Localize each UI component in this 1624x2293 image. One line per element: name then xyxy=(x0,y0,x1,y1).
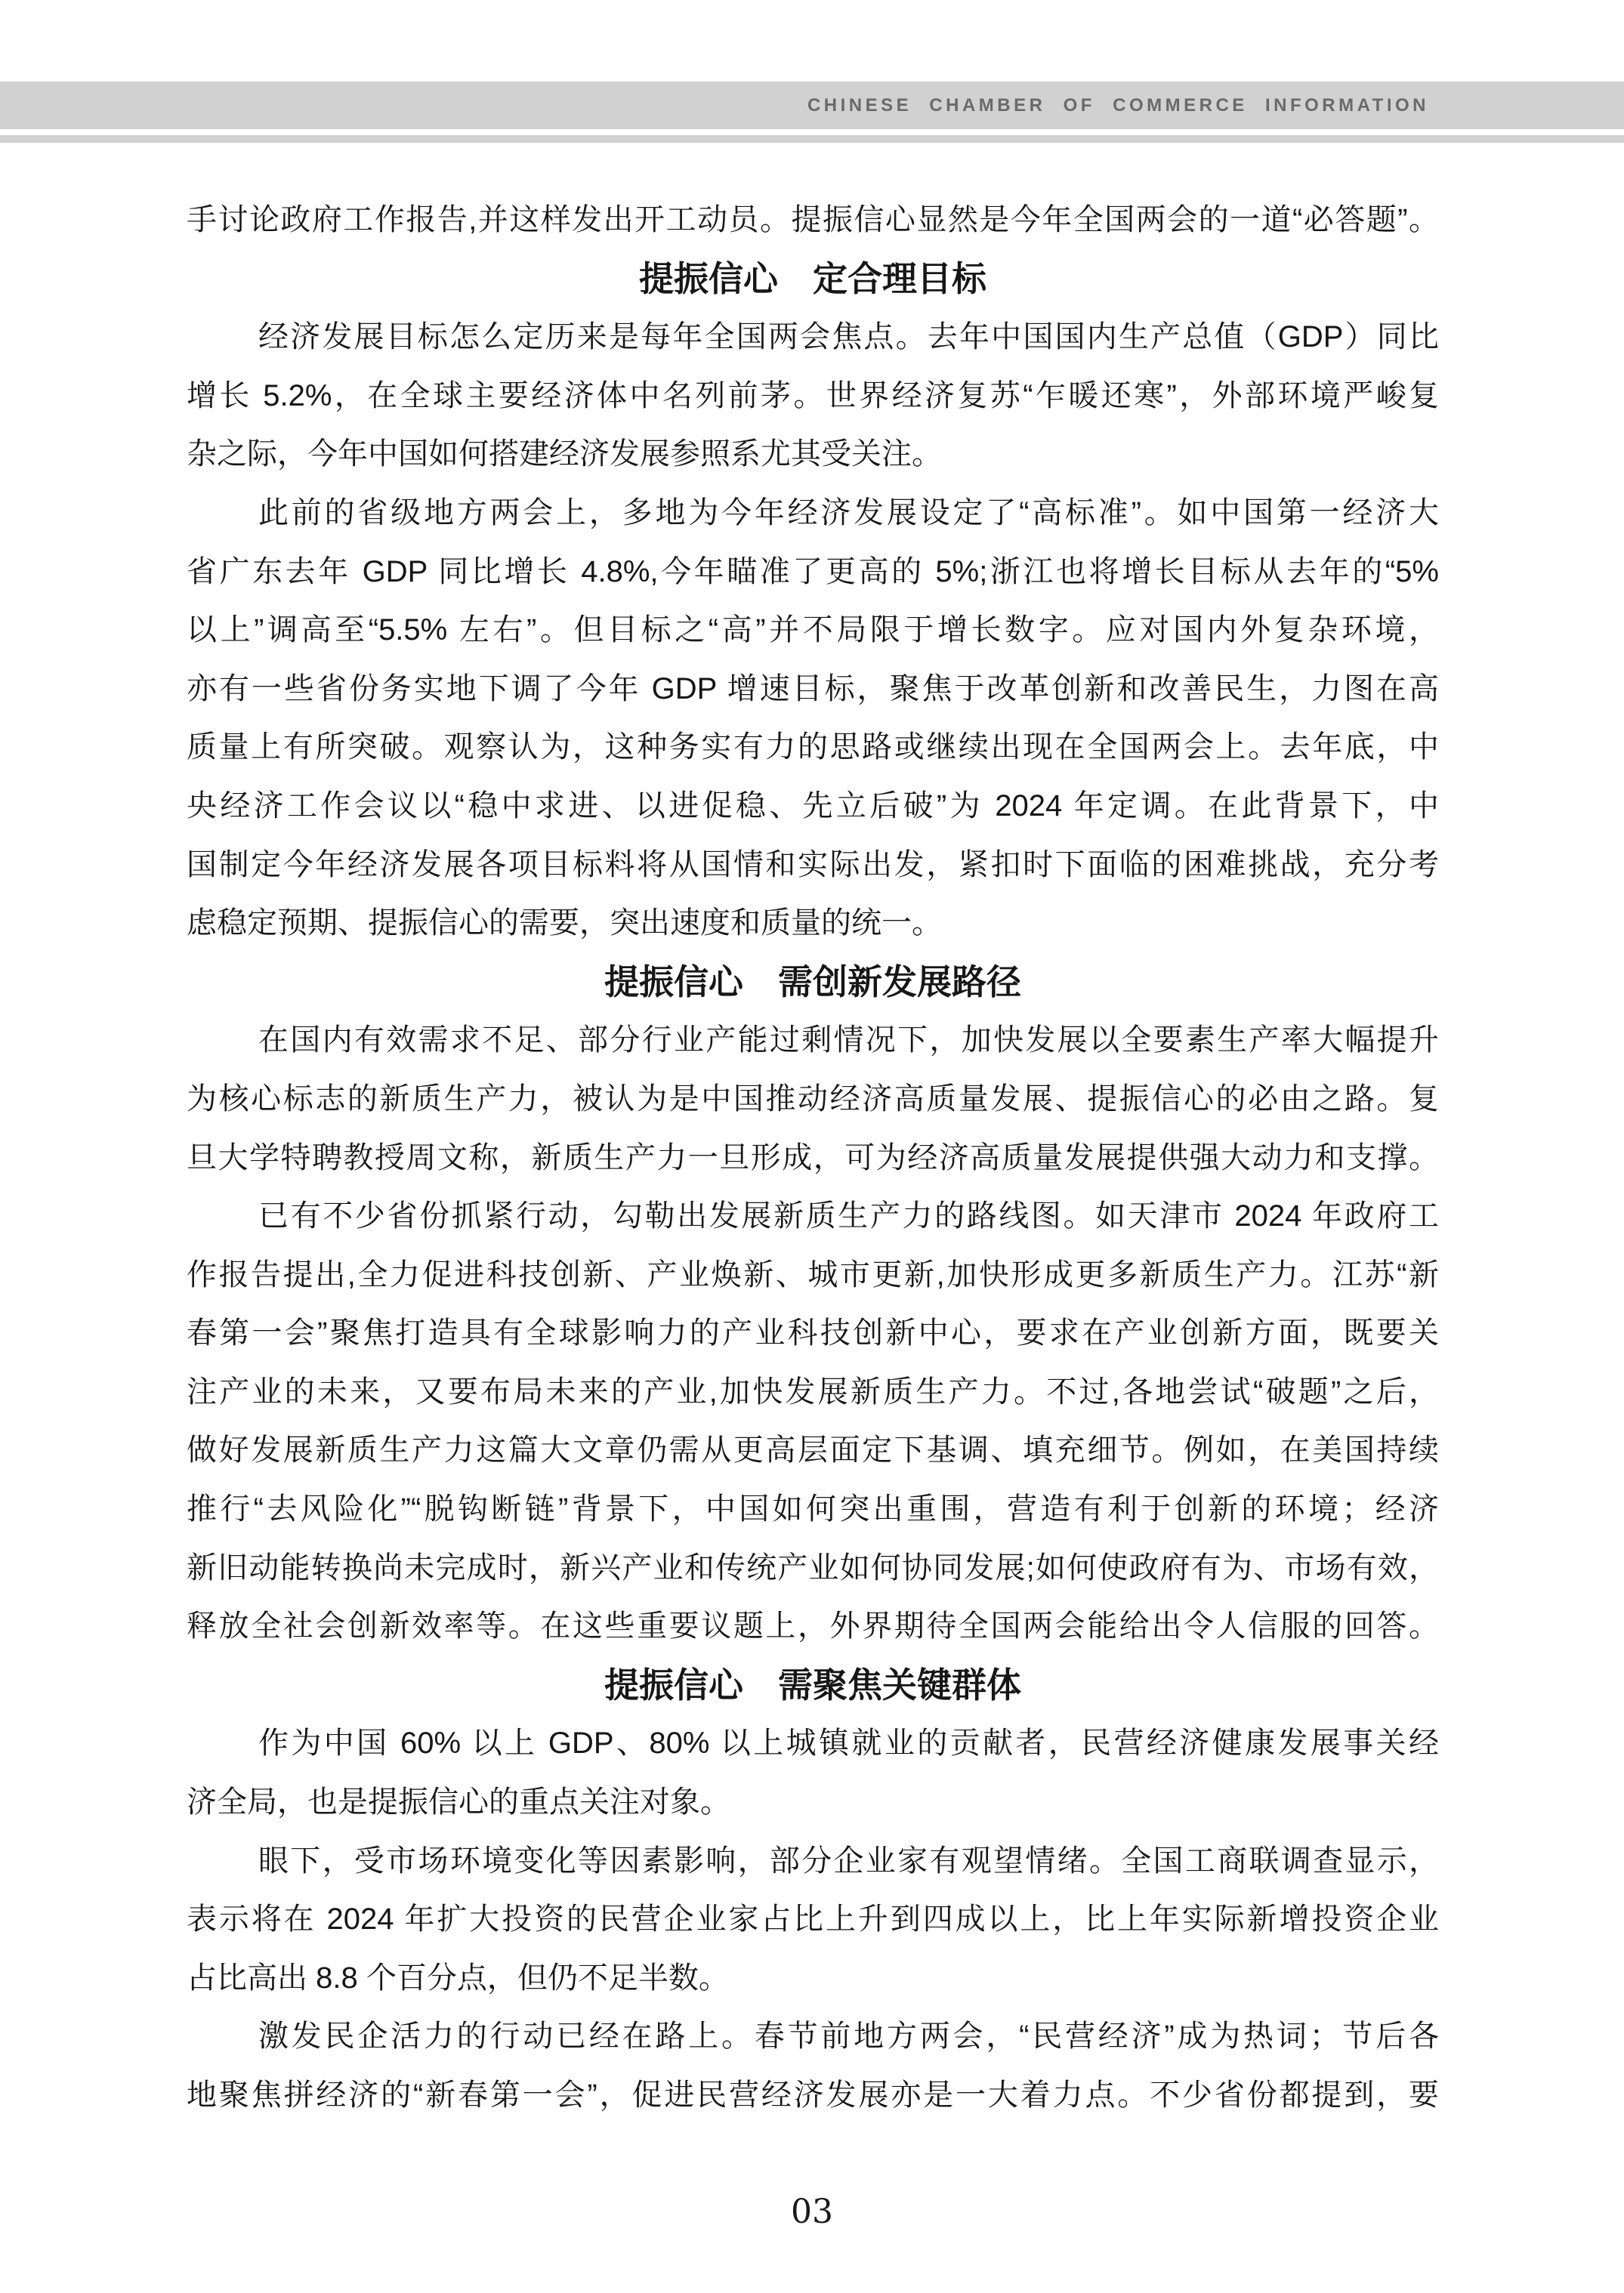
text-line: 亦有一些省份务实地下调了今年 GDP 增速目标，聚焦于改革创新和改善民生，力图在… xyxy=(187,660,1439,719)
page-number: 03 xyxy=(0,2193,1624,2231)
text-line: 杂之际，今年中国如何搭建经济发展参照系尤其受关注。 xyxy=(187,425,1439,484)
text-line: 以上”调高至“5.5% 左右”。但目标之“高”并不局限于增长数字。应对国内外复杂… xyxy=(187,601,1439,660)
article-body: 手讨论政府工作报告,并这样发出开工动员。提振信心显然是今年全国两会的一道“必答题… xyxy=(187,191,1439,2125)
text-line: 推行“去风险化”“脱钩断链”背景下，中国如何突出重围，营造有利于创新的环境；经济 xyxy=(187,1480,1439,1539)
text-line: 作报告提出,全力促进科技创新、产业焕新、城市更新,加快形成更多新质生产力。江苏“… xyxy=(187,1246,1439,1305)
text-line: 作为中国 60% 以上 GDP、80% 以上城镇就业的贡献者，民营经济健康发展事… xyxy=(187,1714,1439,1773)
text-line: 经济发展目标怎么定历来是每年全国两会焦点。去年中国国内生产总值（GDP）同比 xyxy=(187,308,1439,367)
text-line: 增长 5.2%，在全球主要经济体中名列前茅。世界经济复苏“乍暖还寒”，外部环境严… xyxy=(187,367,1439,426)
text-line: 济全局，也是提振信心的重点关注对象。 xyxy=(187,1773,1439,1832)
text-line: 在国内有效需求不足、部分行业产能过剩情况下，加快发展以全要素生产率大幅提升 xyxy=(187,1011,1439,1070)
text-line: 释放全社会创新效率等。在这些重要议题上，外界期待全国两会能给出令人信服的回答。 xyxy=(187,1597,1439,1656)
text-line: 表示将在 2024 年扩大投资的民营企业家占比上升到四成以上，比上年实际新增投资… xyxy=(187,1890,1439,1949)
text-line: 央经济工作会议以“稳中求进、以进促稳、先立后破”为 2024 年定调。在此背景下… xyxy=(187,777,1439,836)
text-line: 地聚焦拼经济的“新春第一会”，促进民营经济发展亦是一大着力点。不少省份都提到，要 xyxy=(187,2066,1439,2125)
text-line: 占比高出 8.8 个百分点，但仍不足半数。 xyxy=(187,1949,1439,2008)
section-heading: 提振信心 需聚焦关键群体 xyxy=(187,1656,1439,1715)
text-line: 手讨论政府工作报告,并这样发出开工动员。提振信心显然是今年全国两会的一道“必答题… xyxy=(187,191,1439,250)
text-line: 激发民企活力的行动已经在路上。春节前地方两会，“民营经济”成为热词；节后各 xyxy=(187,2008,1439,2066)
document-page: CHINESE CHAMBER OF COMMERCE INFORMATION … xyxy=(0,0,1624,2293)
text-line: 做好发展新质生产力这篇大文章仍需从更高层面定下基调、填充细节。例如，在美国持续 xyxy=(187,1421,1439,1480)
text-line: 注产业的未来，又要布局未来的产业,加快发展新质生产力。不过,各地尝试“破题”之后… xyxy=(187,1363,1439,1422)
text-line: 此前的省级地方两会上，多地为今年经济发展设定了“高标准”。如中国第一经济大 xyxy=(187,484,1439,543)
text-line: 春第一会”聚焦打造具有全球影响力的产业科技创新中心，要求在产业创新方面，既要关 xyxy=(187,1304,1439,1363)
text-line: 虑稳定预期、提振信心的需要，突出速度和质量的统一。 xyxy=(187,894,1439,953)
text-line: 国制定今年经济发展各项目标料将从国情和实际出发，紧扣时下面临的困难挑战，充分考 xyxy=(187,836,1439,895)
text-line: 旦大学特聘教授周文称，新质生产力一旦形成，可为经济高质量发展提供强大动力和支撑。 xyxy=(187,1129,1439,1188)
text-line: 眼下，受市场环境变化等因素影响，部分企业家有观望情绪。全国工商联调查显示， xyxy=(187,1832,1439,1891)
text-line: 质量上有所突破。观察认为，这种务实有力的思路或继续出现在全国两会上。去年底，中 xyxy=(187,718,1439,777)
section-heading: 提振信心 需创新发展路径 xyxy=(187,953,1439,1012)
section-heading: 提振信心 定合理目标 xyxy=(187,250,1439,309)
text-line: 省广东去年 GDP 同比增长 4.8%,今年瞄准了更高的 5%;浙江也将增长目标… xyxy=(187,543,1439,602)
text-line: 新旧动能转换尚未完成时，新兴产业和传统产业如何协同发展;如何使政府有为、市场有效… xyxy=(187,1539,1439,1598)
header-band-divider xyxy=(0,135,1624,143)
header-band-title: CHINESE CHAMBER OF COMMERCE INFORMATION xyxy=(807,95,1429,116)
text-line: 为核心标志的新质生产力，被认为是中国推动经济高质量发展、提振信心的必由之路。复 xyxy=(187,1070,1439,1129)
header-band: CHINESE CHAMBER OF COMMERCE INFORMATION xyxy=(0,82,1624,129)
text-line: 已有不少省份抓紧行动，勾勒出发展新质生产力的路线图。如天津市 2024 年政府工 xyxy=(187,1187,1439,1246)
